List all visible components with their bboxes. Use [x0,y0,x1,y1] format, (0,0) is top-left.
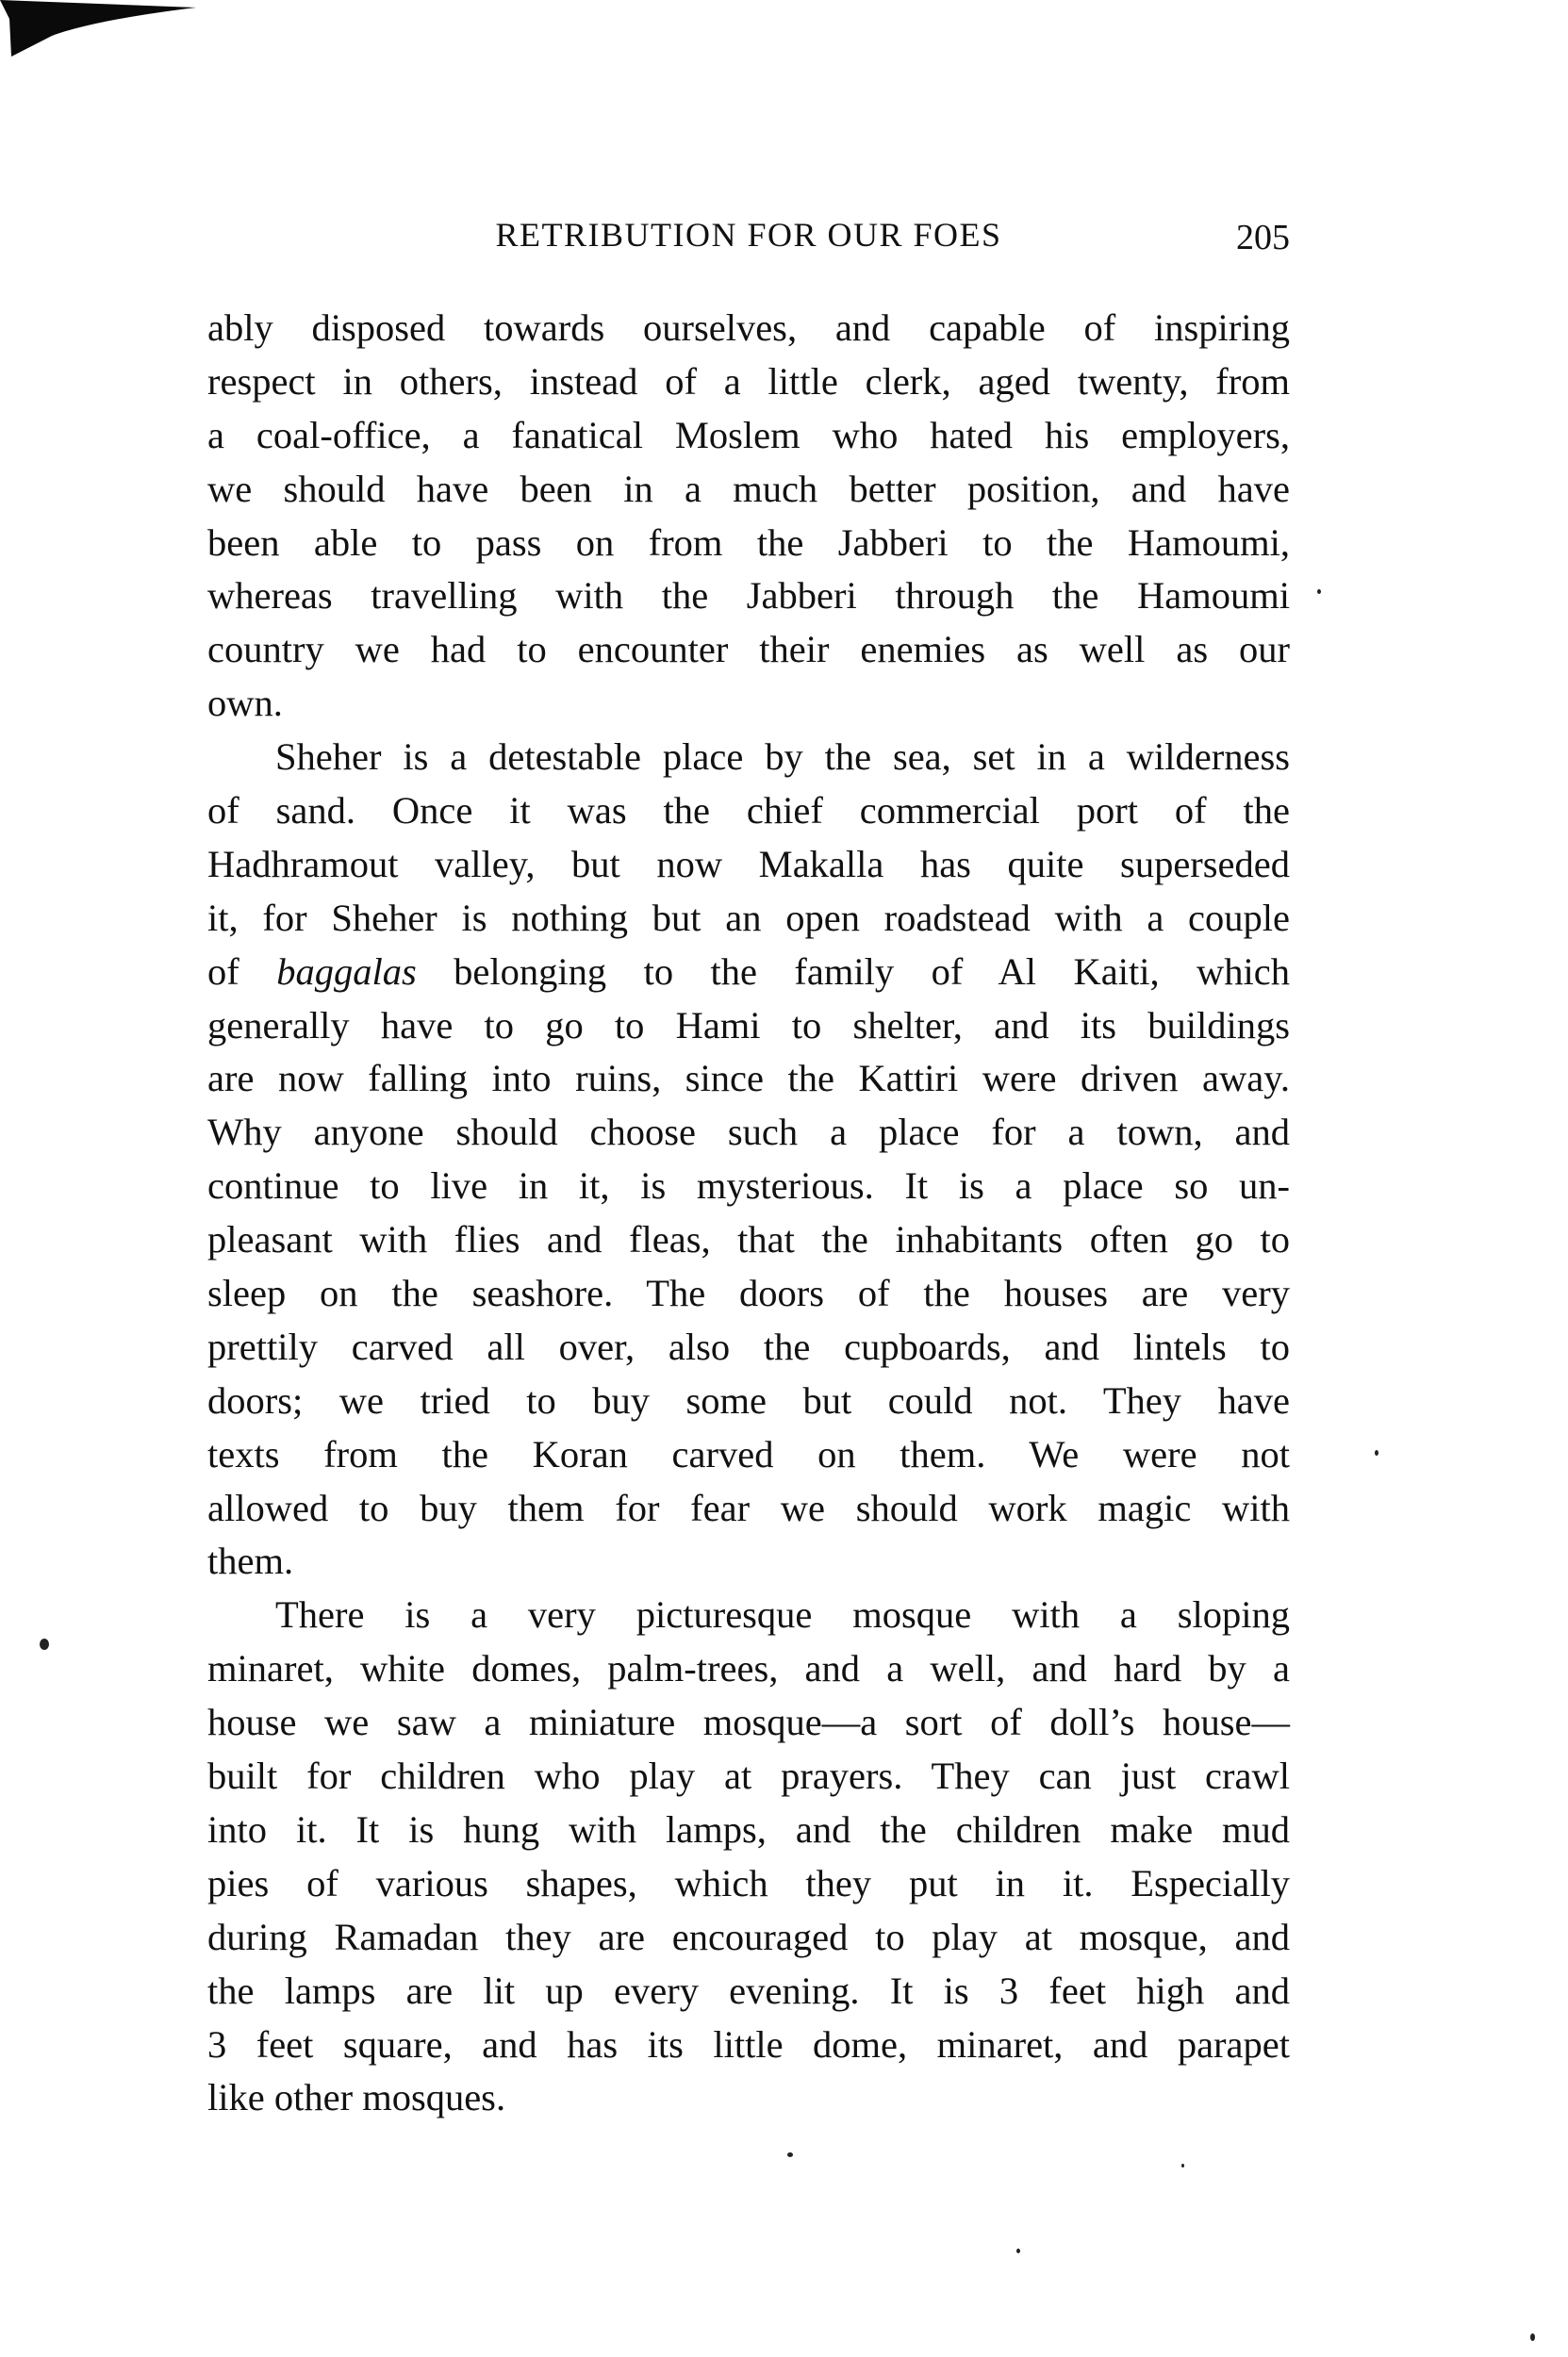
text-line: a coal-office, a fanatical Moslem who ha… [207,409,1290,463]
text-line: during Ramadan they are encouraged to pl… [207,1911,1290,1965]
italic-term: baggalas [276,950,417,993]
text-line: country we had to encounter their enemie… [207,623,1290,677]
ink-speck [1317,589,1321,594]
paragraph-end-line: them. [207,1535,1290,1589]
text-line: the lamps are lit up every evening. It i… [207,1965,1290,2019]
text-line: house we saw a miniature mosque—a sort o… [207,1696,1290,1750]
text-line: minaret, white domes, palm-trees, and a … [207,1642,1290,1696]
ink-speck [40,1639,49,1650]
text-line: prettily carved all over, also the cupbo… [207,1321,1290,1375]
text-line: generally have to go to Hami to shelter,… [207,999,1290,1053]
page-header: RETRIBUTION FOR OUR FOES 205 [207,215,1290,272]
text-line: it, for Sheher is nothing but an open ro… [207,892,1290,946]
paragraph-start-line: There is a very picturesque mosque with … [207,1589,1290,1642]
ink-speck [1375,1450,1378,1456]
text-line: pies of various shapes, which they put i… [207,1857,1290,1911]
text-line: whereas travelling with the Jabberi thro… [207,569,1290,623]
text-line: Hadhramout valley, but now Makalla has q… [207,838,1290,892]
text-line: are now falling into ruins, since the Ka… [207,1052,1290,1106]
page-number: 205 [1236,217,1290,258]
text-line: doors; we tried to buy some but could no… [207,1375,1290,1428]
text-line: ably disposed towards ourselves, and cap… [207,302,1290,355]
ink-speck [1530,2333,1535,2341]
text-line: built for children who play at prayers. … [207,1750,1290,1804]
text-line: 3 feet square, and has its little dome, … [207,2019,1290,2072]
ink-speck [1181,2164,1184,2167]
text-line: continue to live in it, is mysterious. I… [207,1160,1290,1213]
text-line: of sand. Once it was the chief commercia… [207,784,1290,838]
text-line: we should have been in a much better pos… [207,463,1290,517]
ink-speck [1016,2249,1020,2253]
running-title: RETRIBUTION FOR OUR FOES [207,215,1290,255]
ink-speck [787,2152,793,2157]
text-line: Why anyone should choose such a place fo… [207,1106,1290,1160]
text-line: allowed to buy them for fear we should w… [207,1482,1290,1536]
paragraph-end-line: own. [207,677,1290,731]
paragraph-start-line: Sheher is a detestable place by the sea,… [207,731,1290,784]
text-line: pleasant with flies and fleas, that the … [207,1213,1290,1267]
text-line: respect in others, instead of a little c… [207,355,1290,409]
text-line: texts from the Koran carved on them. We … [207,1428,1290,1482]
text-line: been able to pass on from the Jabberi to… [207,517,1290,570]
paragraph-end-line: like other mosques. [207,2071,1290,2125]
text-line-with-italic: of baggalas belonging to the family of A… [207,946,1290,999]
scan-corner-artifact [0,0,198,57]
page-body: ably disposed towards ourselves, and cap… [207,302,1290,2125]
text-line: sleep on the seashore. The doors of the … [207,1267,1290,1321]
text-line: into it. It is hung with lamps, and the … [207,1804,1290,1857]
